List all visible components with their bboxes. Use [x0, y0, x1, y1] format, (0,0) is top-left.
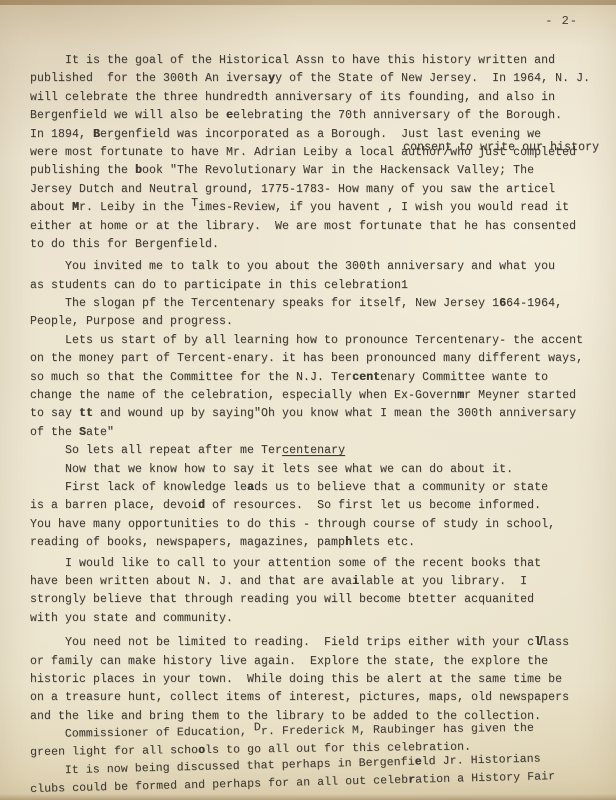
overtyped-region: author/who just completedconsent to writ… [401, 146, 576, 159]
text-segment: green light for all scho [30, 744, 198, 759]
text-segment: historic places in your town. While doin… [30, 673, 562, 686]
text-line: It is the goal of the Historical Assn to… [30, 52, 616, 70]
text-segment: or family can make history live again. E… [30, 655, 548, 668]
text-line: change the name of the celebration, espe… [30, 387, 616, 405]
text-line: So lets all repeat after me Tercentenary [30, 442, 616, 460]
text-line: strongly believe that through reading yo… [30, 591, 616, 609]
text-segment: tt [79, 407, 93, 420]
text-segment: on a treasure hunt, collect items of int… [30, 691, 569, 704]
text-segment: B [93, 128, 100, 141]
text-segment: lass [541, 636, 569, 649]
text-line: to do this for Bergenfield. [30, 236, 616, 254]
text-segment: People, Purpose and progress. [30, 315, 233, 328]
text-line: either at home or at the library. We are… [30, 218, 616, 236]
text-segment: imes-Review, if you havent , I wish you … [198, 201, 569, 214]
text-segment: y [268, 72, 275, 85]
text-segment: b [135, 164, 142, 177]
text-segment: enary Committee wante to [380, 371, 548, 384]
text-segment: ook "The Revolutionary War in the Hacken… [142, 164, 534, 177]
text-segment: D [254, 721, 261, 734]
text-segment: You invited me to talk to you about the … [30, 260, 555, 273]
paragraph: Lets us start of by all learning how to … [30, 332, 616, 442]
text-line: Lets us start of by all learning how to … [30, 332, 616, 350]
text-segment: on the money part of Tercent-enary. it h… [30, 352, 583, 365]
text-segment: lets etc. [352, 536, 415, 549]
text-line: publishing the book "The Revolutionary W… [30, 162, 616, 180]
document-page: - 2- It is the goal of the Historical As… [0, 0, 616, 800]
text-segment: as students can do to participate in thi… [30, 279, 408, 292]
text-line: to say tt and wound up by saying"Oh you … [30, 405, 616, 423]
text-segment: Commissioner of Education, [30, 725, 254, 741]
text-segment: Lets us start of by all learning how to … [30, 334, 583, 347]
text-segment: published for the 300th An iversa [30, 72, 268, 85]
text-segment: So lets all repeat after me Ter [30, 444, 282, 457]
text-line: Bergenfield we will also be eelebrating … [30, 107, 616, 125]
paragraph: The slogan pf the Tercentenary speaks fo… [30, 295, 616, 332]
text-segment: First lack of knowledge le [30, 481, 247, 494]
text-segment: r. Leiby in the [79, 201, 191, 214]
paragraph: I would like to call to your attention s… [30, 555, 616, 629]
text-line: of the Sate" [30, 424, 616, 442]
text-line: is a barren place, devoid of resources. … [30, 497, 616, 515]
text-segment: were most fortunate to have Mr. Adrian L… [30, 146, 401, 159]
paragraph: You invited me to talk to you about the … [30, 258, 616, 295]
text-line: or family can make history live again. E… [30, 653, 616, 671]
text-segment: to do this for Bergenfield. [30, 238, 219, 251]
text-segment: It is the goal of the Historical Assn to… [30, 54, 555, 67]
paragraph: So lets all repeat after me Tercentenary… [30, 442, 616, 552]
text-segment: The slogan pf the Tercentenary speaks fo… [30, 297, 499, 310]
text-line: so much so that the Committee for the N.… [30, 369, 616, 387]
paragraph: It is the goal of the Historical Assn to… [30, 52, 616, 254]
text-segment: r Meyner started [464, 389, 576, 402]
text-line: You invited me to talk to you about the … [30, 258, 616, 276]
text-segment: so much so that the Committee for the N.… [30, 371, 352, 384]
text-segment: and wound up by saying"Oh you know what … [93, 407, 576, 420]
paragraph: You need not be limited to reading. Fiel… [30, 634, 616, 726]
text-segment: is a barren place, devoi [30, 499, 198, 512]
text-segment: Now that we know how to say it lets see … [30, 463, 513, 476]
text-segment: y of the State of New Jersey. In 1964, N… [275, 72, 590, 85]
text-segment: ds us to believe that a community or sta… [254, 481, 548, 494]
typewritten-text: It is the goal of the Historical Assn to… [30, 52, 616, 800]
text-line: on a treasure hunt, collect items of int… [30, 689, 616, 707]
text-segment: Jersey Dutch and Neutral ground, 1775-17… [30, 183, 555, 196]
text-segment: In 1894, [30, 128, 93, 141]
text-line: Now that we know how to say it lets see … [30, 461, 616, 479]
text-line: People, Purpose and progress. [30, 313, 616, 331]
text-line: You need not be limited to reading. Fiel… [30, 634, 616, 652]
text-segment: M [72, 201, 79, 214]
text-segment: about [30, 201, 72, 214]
text-segment: I would like to call to your attention s… [30, 557, 541, 570]
text-line: The slogan pf the Tercentenary speaks fo… [30, 295, 616, 313]
text-segment: have been written about N. J. and that a… [30, 575, 352, 588]
text-segment: will celebrate the three hundredth anniv… [30, 91, 555, 104]
text-line: published for the 300th An iversayy of t… [30, 70, 616, 88]
text-line: Jersey Dutch and Neutral ground, 1775-17… [30, 181, 616, 199]
text-line: about Mr. Leiby in the Times-Review, if … [30, 199, 616, 217]
text-segment: You have many opportunities to do this -… [30, 518, 555, 531]
text-line: on the money part of Tercent-enary. it h… [30, 350, 616, 368]
text-segment: T [191, 197, 198, 210]
text-line: have been written about N. J. and that a… [30, 573, 616, 591]
text-segment: reading of books, newspapers, magazines,… [30, 536, 345, 549]
text-segment: with you state and community. [30, 612, 233, 625]
text-line: with you state and community. [30, 610, 616, 628]
text-segment: Bergenfield we will also be [30, 109, 226, 122]
text-segment: cent [352, 371, 380, 384]
text-line: as students can do to participate in thi… [30, 277, 616, 295]
text-segment: of the [30, 426, 79, 439]
page-number: - 2- [545, 14, 578, 28]
overtyped-correction: consent to write our history [403, 139, 599, 157]
text-segment: r. Frederick M, Raubinger has given the [261, 722, 534, 738]
text-line: historic places in your town. While doin… [30, 671, 616, 689]
text-segment: change the name of the celebration, espe… [30, 389, 457, 402]
text-segment: ate" [86, 426, 114, 439]
text-segment: elebrating the 70th anniversary of the B… [233, 109, 562, 122]
text-line: will celebrate the three hundredth anniv… [30, 89, 616, 107]
text-segment: ld Jr. Historians [422, 752, 541, 768]
text-segment: a [247, 481, 254, 494]
text-segment: to say [30, 407, 79, 420]
text-line: First lack of knowledge leads us to beli… [30, 479, 616, 497]
text-line: You have many opportunities to do this -… [30, 516, 616, 534]
text-segment: You need not be limited to reading. Fiel… [30, 636, 534, 649]
text-segment: d [198, 499, 205, 512]
text-segment: either at home or at the library. We are… [30, 220, 576, 233]
text-line: were most fortunate to have Mr. Adrian L… [30, 144, 616, 162]
text-segment: 64-1964, [506, 297, 562, 310]
text-segment: S [79, 426, 86, 439]
text-line: I would like to call to your attention s… [30, 555, 616, 573]
text-segment: e [226, 109, 233, 122]
text-line: reading of books, newspapers, magazines,… [30, 534, 616, 552]
text-segment: of resources. So first let us become inf… [205, 499, 541, 512]
text-segment: centenary [282, 444, 345, 457]
text-segment: publishing the [30, 164, 135, 177]
text-segment: ation a History Fair [415, 770, 555, 786]
text-segment: lable at you library. I [359, 575, 527, 588]
text-segment: strongly believe that through reading yo… [30, 593, 534, 606]
